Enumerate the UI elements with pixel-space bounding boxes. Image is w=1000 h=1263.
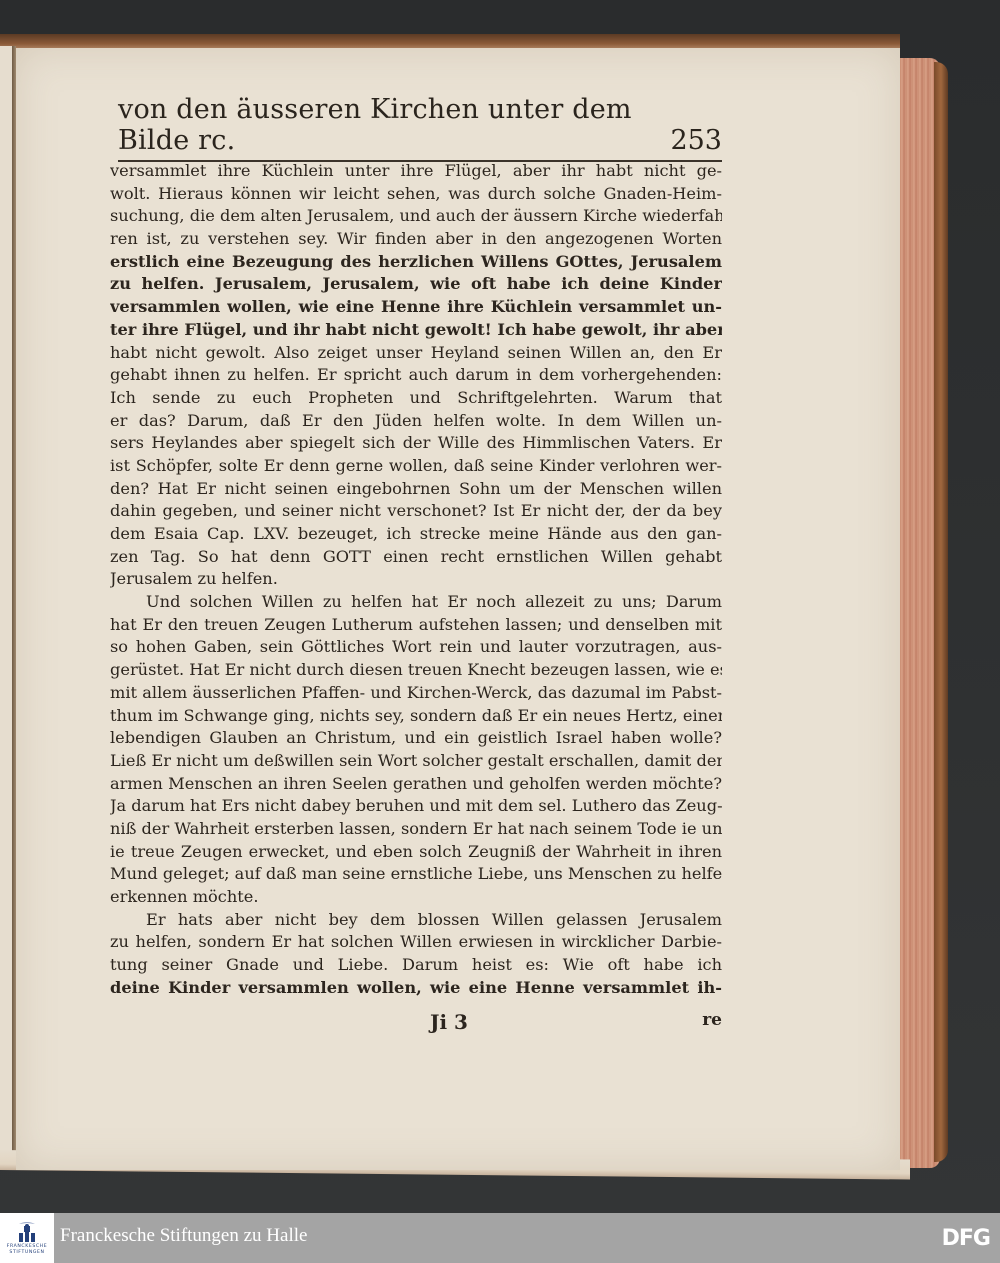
text-line: suchung, die dem alten Jerusalem, und au… <box>110 205 722 228</box>
text-line: versammlen wollen, wie eine Henne ihre K… <box>110 296 722 319</box>
text-line: Mund geleget; auf daß man seine ernstlic… <box>110 863 722 886</box>
text-line: Und solchen Willen zu helfen hat Er noch… <box>110 591 722 614</box>
text-line: sers Heylandes aber spiegelt sich der Wi… <box>110 432 722 455</box>
text-line: mit allem äusserlichen Pfaffen- und Kirc… <box>110 682 722 705</box>
text-line: Ja darum hat Ers nicht dabey beruhen und… <box>110 795 722 818</box>
text-line: so hohen Gaben, sein Göttliches Wort rei… <box>110 636 722 659</box>
text-line: Ich sende zu euch Propheten und Schriftg… <box>110 387 722 410</box>
catchword: re <box>702 1010 722 1030</box>
page-number: 253 <box>670 125 722 156</box>
running-head-title: von den äusseren Kirchen unter dem Bilde… <box>118 94 670 156</box>
text-line: er das? Darum, daß Er den Jüden helfen w… <box>110 410 722 433</box>
text-line: den? Hat Er nicht seinen eingebohrnen So… <box>110 478 722 501</box>
text-line: zen Tag. So hat denn GOTT einen recht er… <box>110 546 722 569</box>
text-line: habt nicht gewolt. Also zeiget unser Hey… <box>110 342 722 365</box>
body-text: versammlet ihre Küchlein unter ihre Flüg… <box>110 160 722 999</box>
text-line: dahin gegeben, und seiner nicht verschon… <box>110 500 722 523</box>
text-line: deine Kinder versammlen wollen, wie eine… <box>110 977 722 1000</box>
text-line: gehabt ihnen zu helfen. Er spricht auch … <box>110 364 722 387</box>
text-line: thum im Schwange ging, nichts sey, sonde… <box>110 705 722 728</box>
text-line: tung seiner Gnade und Liebe. Darum heist… <box>110 954 722 977</box>
logo-caption-2: STIFTUNGEN <box>9 1250 44 1256</box>
text-line: niß der Wahrheit ersterben lassen, sonde… <box>110 818 722 841</box>
text-line: armen Menschen an ihren Seelen gerathen … <box>110 773 722 796</box>
text-line: lebendigen Glauben an Christum, und ein … <box>110 727 722 750</box>
text-line: Ließ Er nicht um deßwillen sein Wort sol… <box>110 750 722 773</box>
dfg-logo[interactable]: DFG <box>942 1226 990 1251</box>
text-line: erstlich eine Bezeugung des herzlichen W… <box>110 251 722 274</box>
franckesche-logo-icon <box>15 1220 39 1244</box>
text-line: hat Er den treuen Zeugen Lutherum aufste… <box>110 614 722 637</box>
institution-name[interactable]: Franckesche Stiftungen zu Halle <box>60 1225 307 1247</box>
page-footer: Ji 3 re <box>110 1010 722 1036</box>
text-line: ren ist, zu verstehen sey. Wir finden ab… <box>110 228 722 251</box>
text-line: ter ihre Flügel, und ihr habt nicht gewo… <box>110 319 722 342</box>
running-head: von den äusseren Kirchen unter dem Bilde… <box>118 112 722 162</box>
text-line: dem Esaia Cap. LXV. bezeuget, ich streck… <box>110 523 722 546</box>
text-line: ie treue Zeugen erwecket, und eben solch… <box>110 841 722 864</box>
text-line: zu helfen. Jerusalem, Jerusalem, wie oft… <box>110 273 722 296</box>
signature-mark: Ji 3 <box>430 1010 468 1034</box>
text-line: Er hats aber nicht bey dem blossen Wille… <box>110 909 722 932</box>
previous-page-edge <box>0 46 12 1156</box>
text-line: wolt. Hieraus können wir leicht sehen, w… <box>110 183 722 206</box>
text-line: gerüstet. Hat Er nicht durch diesen treu… <box>110 659 722 682</box>
text-line: erkennen möchte. <box>110 886 722 909</box>
text-line: zu helfen, sondern Er hat solchen Willen… <box>110 931 722 954</box>
scan-background: von den äusseren Kirchen unter dem Bilde… <box>0 0 1000 1213</box>
text-line: versammlet ihre Küchlein unter ihre Flüg… <box>110 160 722 183</box>
institution-logo[interactable]: FRANCKESCHE STIFTUNGEN <box>0 1213 54 1263</box>
book-binding <box>934 62 948 1162</box>
viewer-footer-bar: FRANCKESCHE STIFTUNGEN Franckesche Stift… <box>0 1213 1000 1263</box>
text-line: ist Schöpfer, solte Er denn gerne wollen… <box>110 455 722 478</box>
text-line: Jerusalem zu helfen. <box>110 568 722 591</box>
